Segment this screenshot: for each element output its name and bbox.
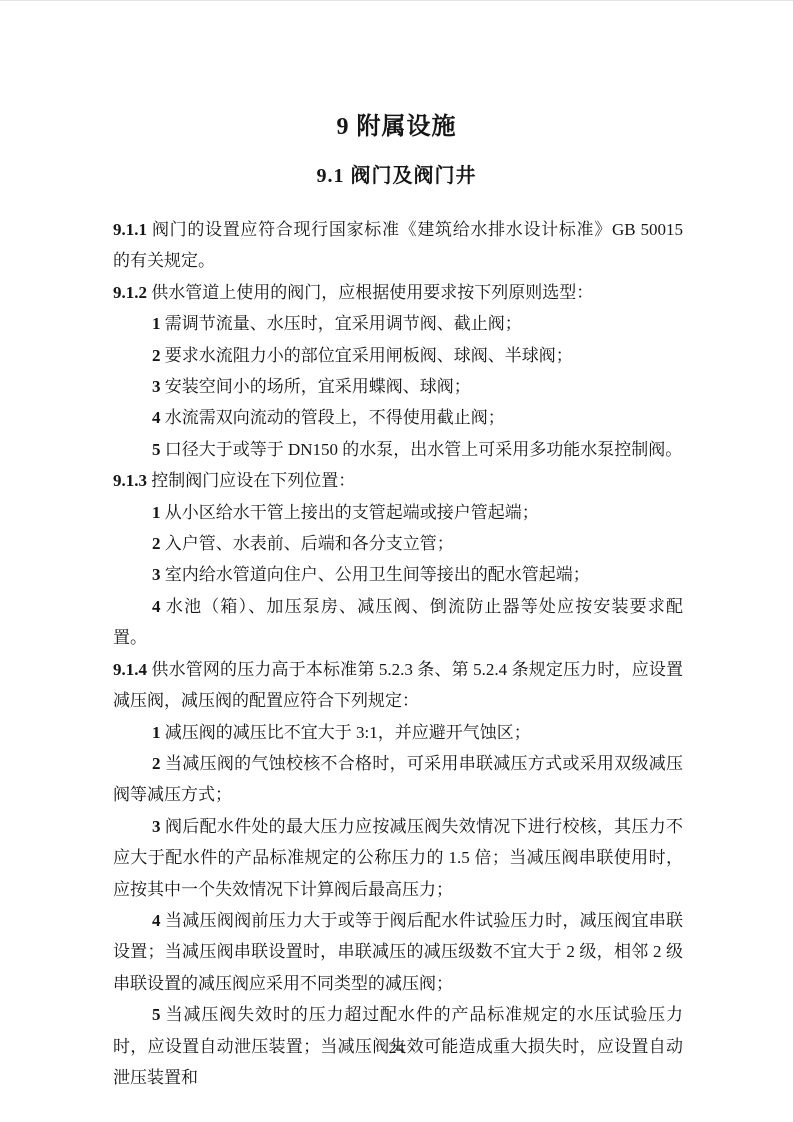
item-number: 5: [152, 440, 161, 459]
list-item-paragraph: 2 入户管、水表前、后端和各分支立管；: [113, 528, 683, 559]
item-number: 1: [152, 314, 161, 333]
paragraph-text: 入户管、水表前、后端和各分支立管；: [165, 534, 454, 553]
paragraph-text: 安装空间小的场所，宜采用蝶阀、球阀；: [165, 377, 471, 396]
paragraph-text: 口径大于或等于 DN150 的水泵，出水管上可采用多功能水泵控制阀。: [165, 440, 683, 459]
paragraph-text: 水流需双向流动的管段上，不得使用截止阀；: [165, 408, 505, 427]
clause-paragraph: 9.1.4 供水管网的压力高于本标准第 5.2.3 条、第 5.2.4 条规定压…: [113, 654, 683, 717]
item-number: 2: [152, 534, 161, 553]
paragraph-text: 阀门的设置应符合现行国家标准《建筑给水排水设计标准》GB 50015 的有关规定…: [113, 220, 683, 270]
paragraph-text: 当减压阀的气蚀校核不合格时，可采用串联减压方式或采用双级减压阀等减压方式；: [113, 754, 683, 804]
item-number: 4: [152, 597, 161, 616]
list-item-paragraph: 1 减压阀的减压比不宜大于 3:1，并应避开气蚀区；: [113, 717, 683, 748]
clause-paragraph: 9.1.2 供水管道上使用的阀门，应根据使用要求按下列原则选型：: [113, 277, 683, 308]
item-number: 1: [152, 723, 161, 742]
item-number: 3: [152, 817, 161, 836]
paragraph-text: 供水管网的压力高于本标准第 5.2.3 条、第 5.2.4 条规定压力时，应设置…: [113, 660, 683, 710]
item-number: 5: [152, 1005, 161, 1024]
paragraph-text: 从小区给水干管上接出的支管起端或接户管起端；: [165, 503, 539, 522]
paragraph-text: 阀后配水件处的最大压力应按减压阀失效情况下进行校核，其压力不应大于配水件的产品标…: [113, 817, 683, 899]
paragraph-text: 水池（箱）、加压泵房、减压阀、倒流防止器等处应按安装要求配置。: [113, 597, 683, 647]
clause-paragraph: 9.1.3 控制阀门应设在下列位置：: [113, 465, 683, 496]
list-item-paragraph: 2 当减压阀的气蚀校核不合格时，可采用串联减压方式或采用双级减压阀等减压方式；: [113, 748, 683, 811]
item-number: 4: [152, 408, 161, 427]
list-item-paragraph: 4 当减压阀阀前压力大于或等于阀后配水件试验压力时，减压阀宜串联设置；当减压阀串…: [113, 905, 683, 999]
section-title: 9.1 阀门及阀门井: [0, 164, 793, 188]
paragraph-text: 供水管道上使用的阀门，应根据使用要求按下列原则选型：: [151, 283, 593, 302]
list-item-paragraph: 4 水池（箱）、加压泵房、减压阀、倒流防止器等处应按安装要求配置。: [113, 591, 683, 654]
page-number: 24: [0, 1039, 793, 1059]
list-item-paragraph: 4 水流需双向流动的管段上，不得使用截止阀；: [113, 402, 683, 433]
list-item-paragraph: 5 口径大于或等于 DN150 的水泵，出水管上可采用多功能水泵控制阀。: [113, 434, 683, 465]
paragraph-text: 控制阀门应设在下列位置：: [151, 471, 355, 490]
clause-number: 9.1.3: [113, 471, 147, 490]
list-item-paragraph: 3 安装空间小的场所，宜采用蝶阀、球阀；: [113, 371, 683, 402]
list-item-paragraph: 2 要求水流阻力小的部位宜采用闸板阀、球阀、半球阀；: [113, 340, 683, 371]
list-item-paragraph: 1 需调节流量、水压时，宜采用调节阀、截止阀；: [113, 308, 683, 339]
clause-paragraph: 9.1.1 阀门的设置应符合现行国家标准《建筑给水排水设计标准》GB 50015…: [113, 214, 683, 277]
item-number: 2: [152, 754, 161, 773]
item-number: 1: [152, 503, 161, 522]
list-item-paragraph: 3 阀后配水件处的最大压力应按减压阀失效情况下进行校核，其压力不应大于配水件的产…: [113, 811, 683, 905]
document-body: 9.1.1 阀门的设置应符合现行国家标准《建筑给水排水设计标准》GB 50015…: [113, 214, 683, 1093]
clause-number: 9.1.2: [113, 283, 147, 302]
item-number: 4: [152, 911, 161, 930]
item-number: 2: [152, 346, 161, 365]
document-page: 9 附属设施 9.1 阀门及阀门井 9.1.1 阀门的设置应符合现行国家标准《建…: [0, 0, 793, 1122]
paragraph-text: 要求水流阻力小的部位宜采用闸板阀、球阀、半球阀；: [165, 346, 573, 365]
list-item-paragraph: 1 从小区给水干管上接出的支管起端或接户管起端；: [113, 497, 683, 528]
paragraph-text: 当减压阀阀前压力大于或等于阀后配水件试验压力时，减压阀宜串联设置；当减压阀串联设…: [113, 911, 683, 993]
chapter-title: 9 附属设施: [0, 1, 793, 141]
list-item-paragraph: 3 室内给水管道向住户、公用卫生间等接出的配水管起端；: [113, 559, 683, 590]
item-number: 3: [152, 377, 161, 396]
paragraph-text: 需调节流量、水压时，宜采用调节阀、截止阀；: [165, 314, 522, 333]
paragraph-text: 室内给水管道向住户、公用卫生间等接出的配水管起端；: [165, 565, 590, 584]
clause-number: 9.1.4: [113, 660, 147, 679]
item-number: 3: [152, 565, 161, 584]
paragraph-text: 减压阀的减压比不宜大于 3:1，并应避开气蚀区；: [165, 723, 531, 742]
clause-number: 9.1.1: [113, 220, 147, 239]
